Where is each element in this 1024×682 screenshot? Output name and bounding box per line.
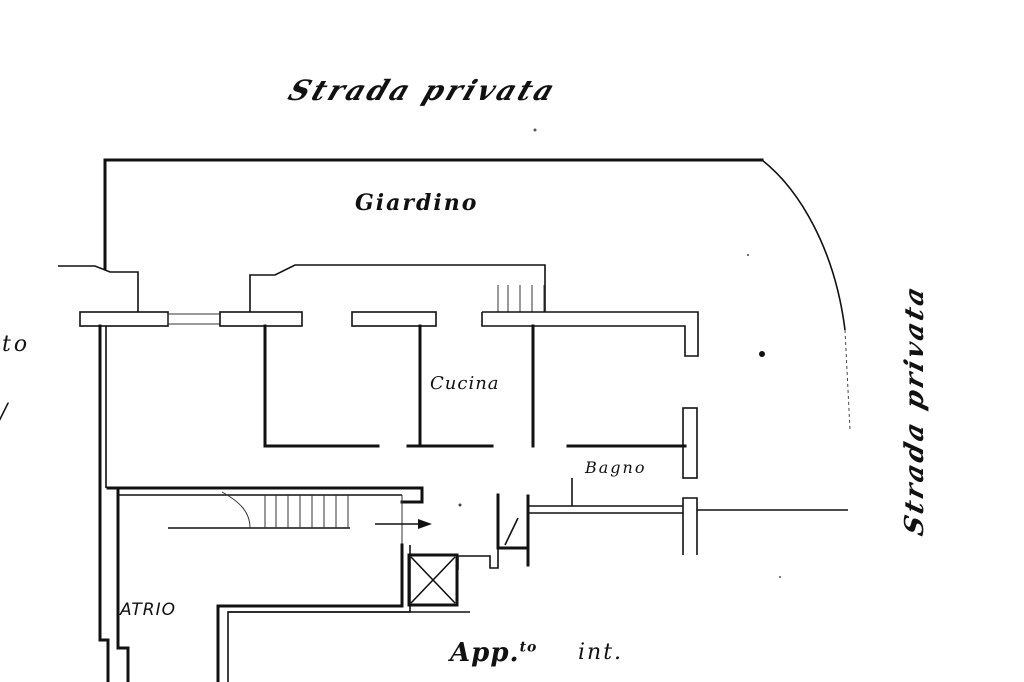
left-margin-fragment-2: /	[0, 400, 10, 425]
apartment-label: App.to	[450, 638, 537, 668]
interior-partitions	[265, 326, 685, 506]
atrium-stairs-icon	[168, 492, 350, 528]
garden-steps-icon	[498, 285, 544, 312]
garden-label: Giardino	[355, 190, 478, 216]
entry-arrow-icon	[375, 519, 432, 529]
kitchen-label: Cucina	[430, 373, 500, 394]
apartment-sup: to	[520, 639, 538, 655]
elevator-shaft-icon	[409, 555, 457, 605]
left-margin-fragment-1: to	[2, 332, 30, 357]
street-label-top: Strada privata	[284, 74, 562, 107]
apartment-interior-label: int.	[578, 640, 623, 665]
north-facade-wall	[80, 312, 698, 356]
corridor-wall	[458, 495, 683, 570]
atrium-label: ATRIO	[120, 600, 176, 620]
atrium-walls	[100, 488, 470, 682]
west-wall	[100, 326, 106, 488]
bathroom-label: Bagno	[585, 458, 646, 477]
street-label-right: Strada privata	[900, 281, 930, 539]
apartment-prefix: App.	[450, 638, 520, 668]
east-wall	[683, 408, 848, 555]
